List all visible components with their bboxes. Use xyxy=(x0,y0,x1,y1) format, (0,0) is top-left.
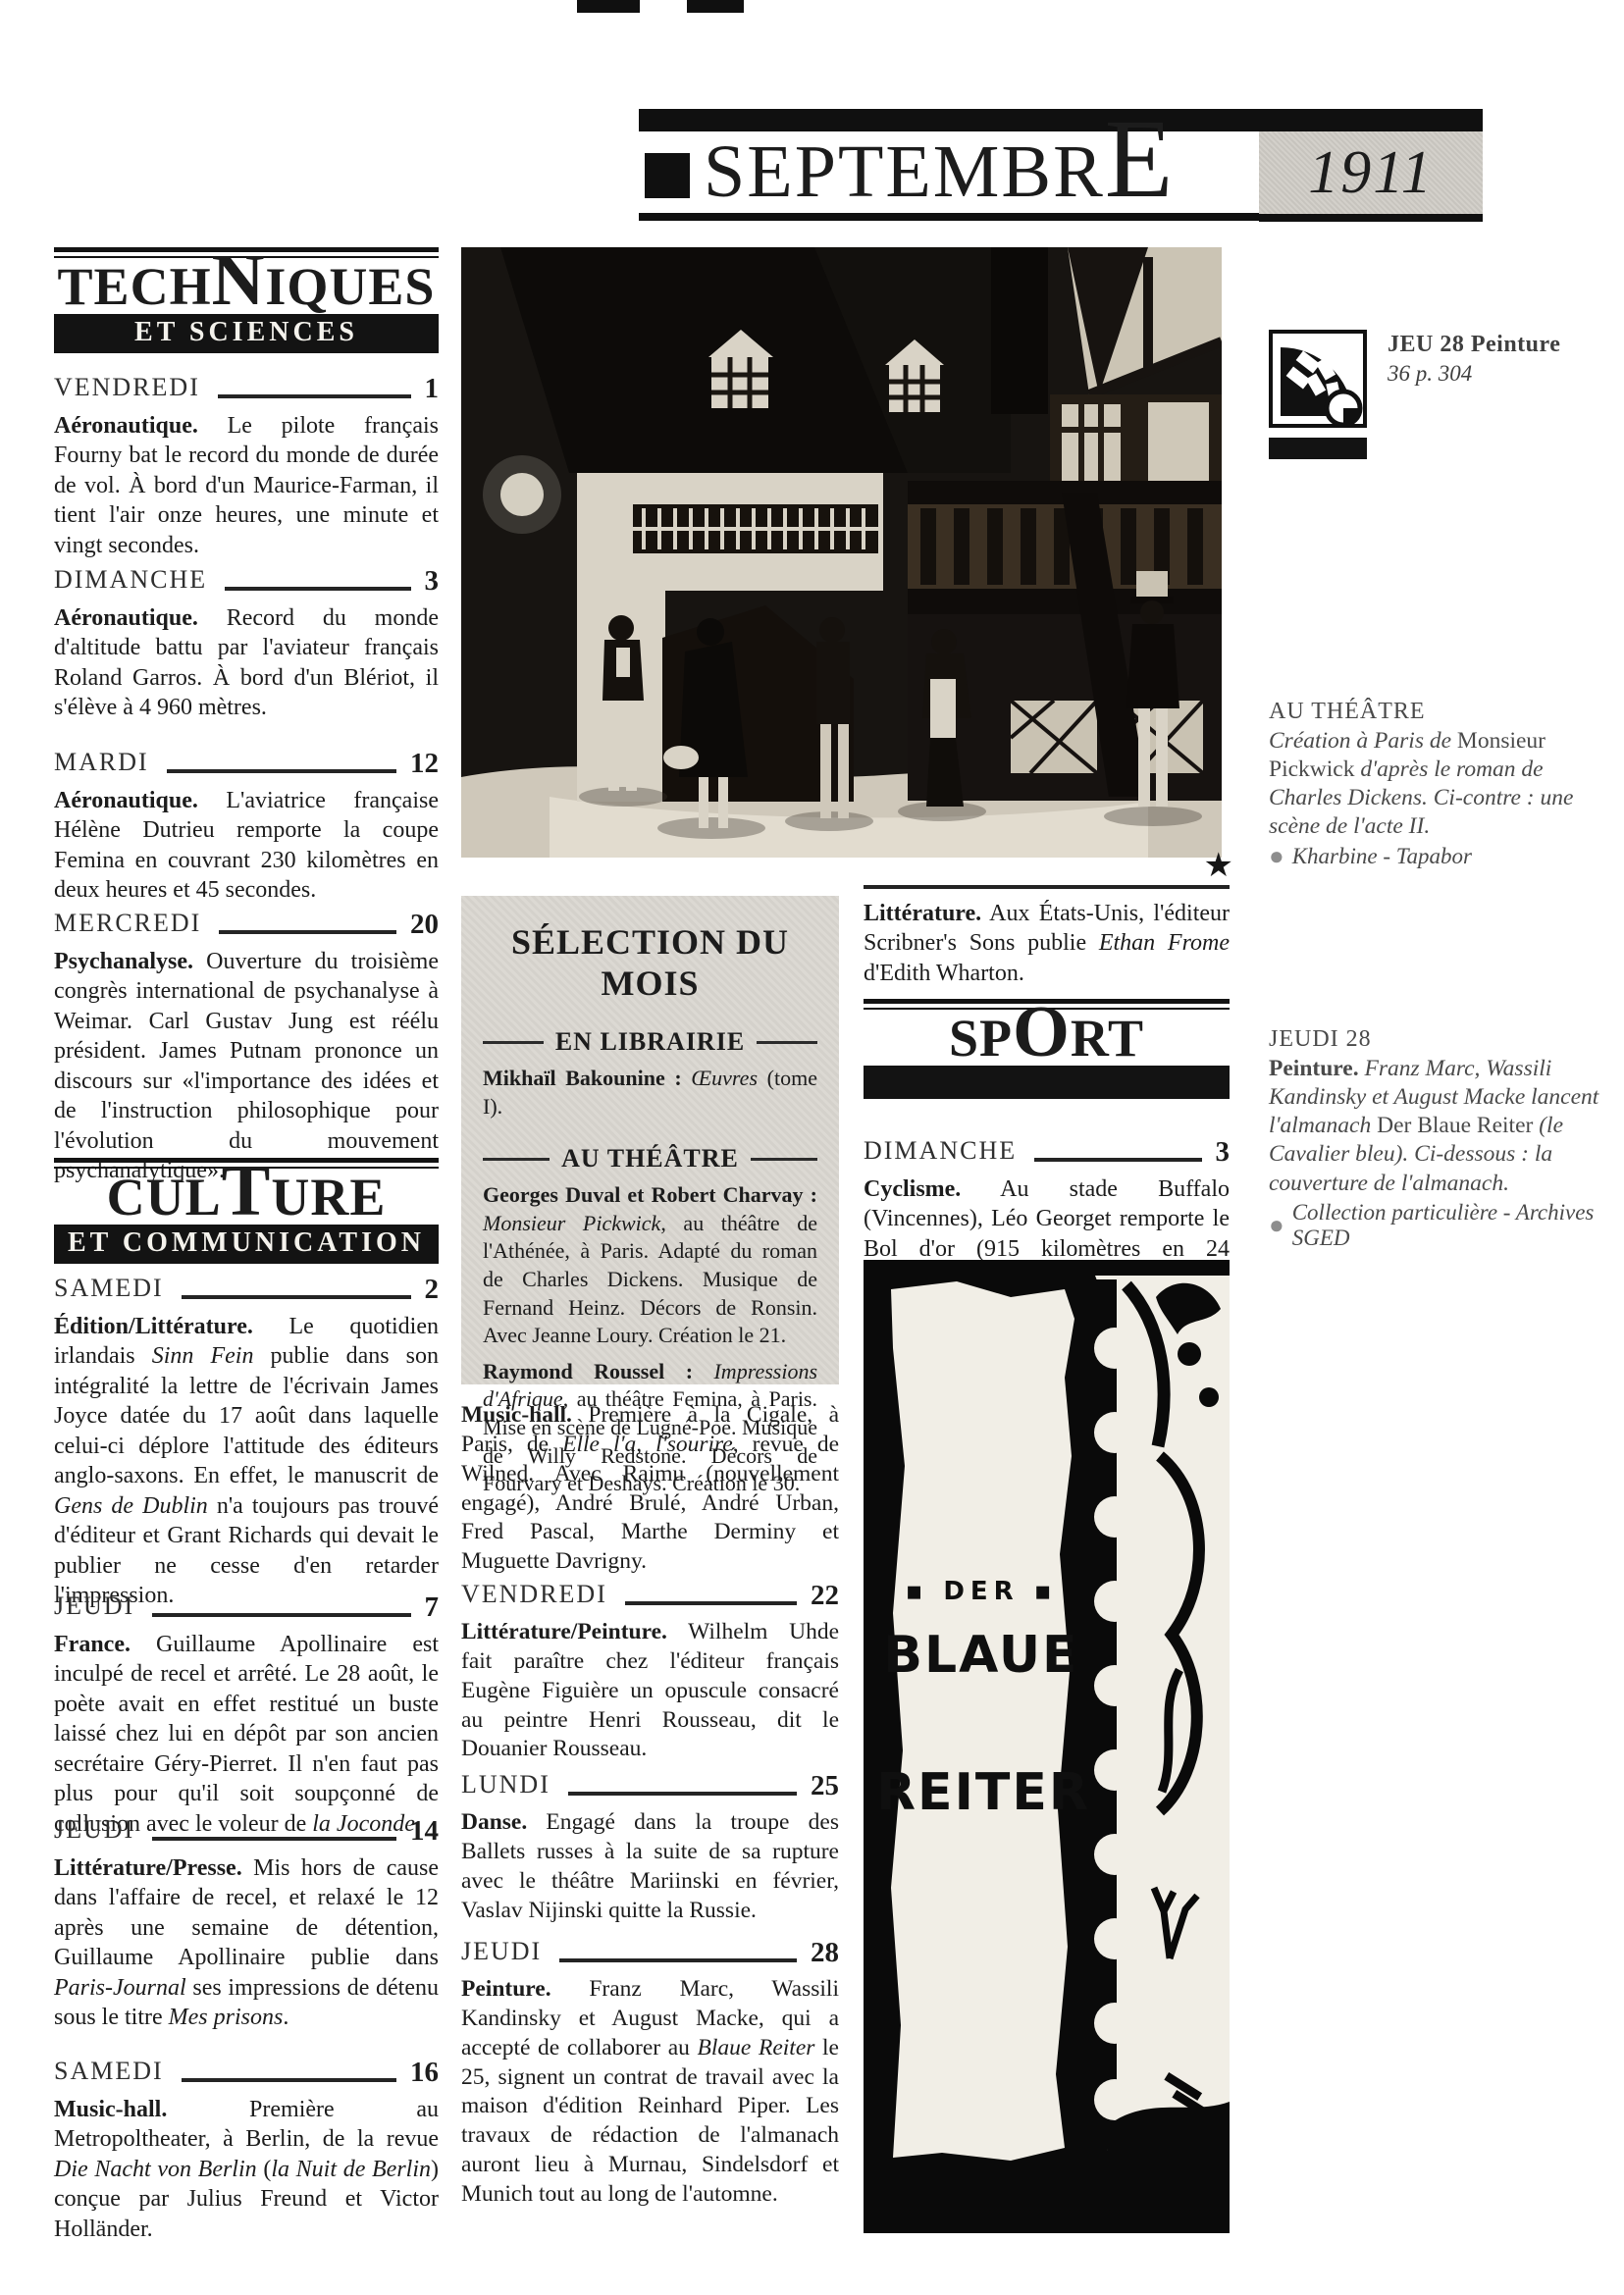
entry-number: 1 xyxy=(425,373,440,405)
page-ref-page: 36 p. 304 xyxy=(1388,361,1618,387)
entry-vendredi-1: VENDREDI 1 Aéronautique. Le pilote franç… xyxy=(54,373,439,560)
entry-number: 3 xyxy=(1216,1136,1231,1169)
credit-bullet-icon: ● xyxy=(1269,1213,1284,1238)
entry-number: 25 xyxy=(811,1770,839,1802)
caption-blaue-reiter: JEUDI 28 Peinture. Franz Marc, Wassili K… xyxy=(1269,1026,1602,1251)
entry-vendredi-22: VENDREDI 22 Littérature/Peinture. Wilhel… xyxy=(461,1580,839,1764)
entry-jeudi-7: JEUDI 7 France. Guillaume Apollinaire es… xyxy=(54,1591,439,1839)
entry-date-row: DIMANCHE 3 xyxy=(864,1136,1230,1169)
entry-number: 28 xyxy=(811,1937,839,1969)
entry-number: 16 xyxy=(410,2057,439,2089)
entry-body: France. Guillaume Apollinaire est inculp… xyxy=(54,1630,439,1839)
entry-day: JEUDI xyxy=(54,1815,134,1848)
subhead-rule xyxy=(757,1041,817,1044)
entry-jeudi-28: JEUDI 28 Peinture. Franz Marc, Wassili K… xyxy=(461,1937,839,2210)
entry-mardi-12: MARDI 12 Aéronautique. L'aviatrice franç… xyxy=(54,748,439,906)
caption-credit: ● Kharbine - Tapabor xyxy=(1269,844,1602,869)
caption-title: AU THÉÂTRE xyxy=(1269,699,1602,725)
star-icon: ★ xyxy=(1204,846,1233,885)
caption-credit: ● Collection particulière - Archives SGE… xyxy=(1269,1200,1602,1251)
page-edge-mark xyxy=(577,0,640,13)
entry-day: VENDREDI xyxy=(54,373,200,405)
entry-number: 20 xyxy=(410,909,439,941)
section-title: SPORT xyxy=(864,1012,1230,1066)
section-subtitle: ET COMMUNICATION xyxy=(54,1225,439,1264)
entry-samedi-16: SAMEDI 16 Music-hall. Première au Metrop… xyxy=(54,2057,439,2244)
section-title: TECHNIQUES xyxy=(54,260,439,314)
entry-body: Danse. Engagé dans la troupe des Ballets… xyxy=(461,1808,839,1925)
cover-text-reiter: REITER xyxy=(876,1763,1090,1822)
entry-rule xyxy=(218,394,411,398)
entry-date-row: JEUDI 7 xyxy=(54,1591,439,1624)
entry-body: Littérature/Presse. Mis hors de cause da… xyxy=(54,1853,439,2033)
entry-rule xyxy=(182,2078,396,2082)
cover-text-der: ▪ DER ▪ xyxy=(906,1577,1058,1606)
entry-number: 7 xyxy=(425,1591,440,1624)
blaue-reiter-cover-image: ▪ DER ▪ BLAUE REITER xyxy=(864,1260,1230,2233)
entry-date-row: VENDREDI 1 xyxy=(54,373,439,405)
selection-item: Mikhaïl Bakounine : Œuvres (tome I). xyxy=(483,1065,817,1121)
page-edge-mark xyxy=(687,0,744,13)
entry-day: SAMEDI xyxy=(54,2057,164,2089)
section-subtitle: ET SCIENCES xyxy=(54,314,439,353)
note-body: Littérature. Aux États-Unis, l'éditeur S… xyxy=(864,899,1230,988)
entry-date-row: VENDREDI 22 xyxy=(461,1580,839,1612)
entry-lundi-25: LUNDI 25 Danse. Engagé dans la troupe de… xyxy=(461,1770,839,1925)
selection-title: SÉLECTION DU MOIS xyxy=(483,921,817,1004)
entry-day: MARDI xyxy=(54,748,149,780)
entry-rule xyxy=(152,1837,396,1841)
entry-rule xyxy=(225,587,410,591)
entry-date-row: JEUDI 28 xyxy=(461,1937,839,1969)
entry-number: 12 xyxy=(410,748,439,780)
entry-day: DIMANCHE xyxy=(54,565,207,598)
year-box: 1911 xyxy=(1259,131,1483,222)
section-heading-sport: SPORT xyxy=(864,999,1230,1099)
entry-rule xyxy=(625,1601,797,1605)
note-rule: ★ xyxy=(864,885,1230,889)
entry-rule xyxy=(559,1958,797,1962)
entry-rule xyxy=(1034,1158,1201,1162)
year-label: 1911 xyxy=(1308,138,1433,208)
credit-text: Collection particulière - Archives SGED xyxy=(1292,1200,1602,1251)
credit-text: Kharbine - Tapabor xyxy=(1292,844,1472,869)
credit-bullet-icon: ● xyxy=(1269,844,1284,869)
entry-body: Music-hall. Première au Metropoltheater,… xyxy=(54,2095,439,2244)
entry-date-row: MERCREDI 20 xyxy=(54,909,439,941)
entry-day: VENDREDI xyxy=(461,1580,607,1612)
entry-date-row: JEUDI 14 xyxy=(54,1815,439,1848)
entry-rule xyxy=(219,930,396,934)
entry-number: 3 xyxy=(425,565,440,598)
selection-item: Georges Duval et Robert Charvay : Monsie… xyxy=(483,1181,817,1350)
entry-date-row: SAMEDI 2 xyxy=(54,1274,439,1306)
entry-body: Littérature/Peinture. Wilhelm Uhde fait … xyxy=(461,1618,839,1764)
theatre-scene-photo xyxy=(461,247,1222,858)
entry-mercredi-20: MERCREDI 20 Psychanalyse. Ouverture du t… xyxy=(54,909,439,1186)
cover-text-blaue: BLAUE xyxy=(883,1626,1078,1685)
entry-number: 22 xyxy=(811,1580,839,1612)
entry-dimanche-3: DIMANCHE 3 Aéronautique. Record du monde… xyxy=(54,565,439,723)
page-ref-bar xyxy=(1269,438,1367,459)
entry-date-row: MARDI 12 xyxy=(54,748,439,780)
feature-note-litterature: ★ Littérature. Aux États-Unis, l'éditeur… xyxy=(864,885,1230,988)
entry-body: Édition/Littérature. Le quotidien irland… xyxy=(54,1312,439,1611)
entry-rule xyxy=(568,1792,797,1796)
entry-body: Peinture. Franz Marc, Wassili Kandinsky … xyxy=(461,1975,839,2210)
subhead-label: AU THÉÂTRE xyxy=(561,1144,739,1174)
subhead-rule xyxy=(751,1158,817,1161)
caption-body: Peinture. Franz Marc, Wassili Kandinsky … xyxy=(1269,1055,1602,1198)
subhead-rule xyxy=(483,1158,550,1161)
entry-date-row: DIMANCHE 3 xyxy=(54,565,439,598)
masthead-square-icon xyxy=(645,153,690,198)
entry-day: LUNDI xyxy=(461,1770,550,1802)
section-heading-techniques: TECHNIQUES ET SCIENCES xyxy=(54,247,439,353)
caption-theatre: AU THÉÂTRE Création à Paris de Monsieur … xyxy=(1269,699,1602,869)
entry-rule xyxy=(152,1613,410,1617)
page-ref-icon xyxy=(1269,330,1367,428)
section-heading-culture: CULTURE ET COMMUNICATION xyxy=(54,1158,439,1264)
entry-number: 14 xyxy=(410,1815,439,1848)
entry-samedi-2: SAMEDI 2 Édition/Littérature. Le quotidi… xyxy=(54,1274,439,1611)
masthead-bottom-rule xyxy=(639,213,1259,221)
selection-subhead-librairie: EN LIBRAIRIE xyxy=(483,1027,817,1057)
entry-day: MERCREDI xyxy=(54,909,201,941)
musichall-paragraph: Music-hall. Première à la Cigale, à Pari… xyxy=(461,1395,839,1577)
entry-date-row: SAMEDI 16 xyxy=(54,2057,439,2089)
paragraph-body: Music-hall. Première à la Cigale, à Pari… xyxy=(461,1401,839,1577)
entry-rule xyxy=(182,1295,411,1299)
entry-rule xyxy=(167,769,396,773)
entry-body: Aéronautique. Record du monde d'altitude… xyxy=(54,603,439,723)
entry-jeudi-14: JEUDI 14 Littérature/Presse. Mis hors de… xyxy=(54,1815,439,2033)
entry-day: JEUDI xyxy=(461,1937,542,1969)
entry-body: Aéronautique. L'aviatrice française Hélè… xyxy=(54,786,439,906)
selection-subhead-theatre: AU THÉÂTRE xyxy=(483,1144,817,1174)
selection-du-mois-box: SÉLECTION DU MOIS EN LIBRAIRIE Mikhaïl B… xyxy=(461,896,839,1384)
entry-body: Aéronautique. Le pilote français Fourny … xyxy=(54,411,439,560)
masthead: SEPTEMBRE xyxy=(643,130,1259,214)
entry-day: DIMANCHE xyxy=(864,1136,1017,1169)
caption-title: JEUDI 28 xyxy=(1269,1026,1602,1053)
section-title: CULTURE xyxy=(54,1171,439,1225)
page-ref-note: JEU 28 Peinture 36 p. 304 xyxy=(1388,332,1618,387)
subhead-rule xyxy=(483,1041,544,1044)
entry-day: SAMEDI xyxy=(54,1274,164,1306)
entry-date-row: LUNDI 25 xyxy=(461,1770,839,1802)
entry-day: JEUDI xyxy=(54,1591,134,1624)
page-ref-label: JEU 28 Peinture xyxy=(1388,332,1618,358)
subhead-label: EN LIBRAIRIE xyxy=(555,1027,745,1057)
entry-number: 2 xyxy=(425,1274,440,1306)
caption-body: Création à Paris de Monsieur Pickwick d'… xyxy=(1269,727,1602,842)
page-title: SEPTEMBRE xyxy=(704,130,1175,215)
